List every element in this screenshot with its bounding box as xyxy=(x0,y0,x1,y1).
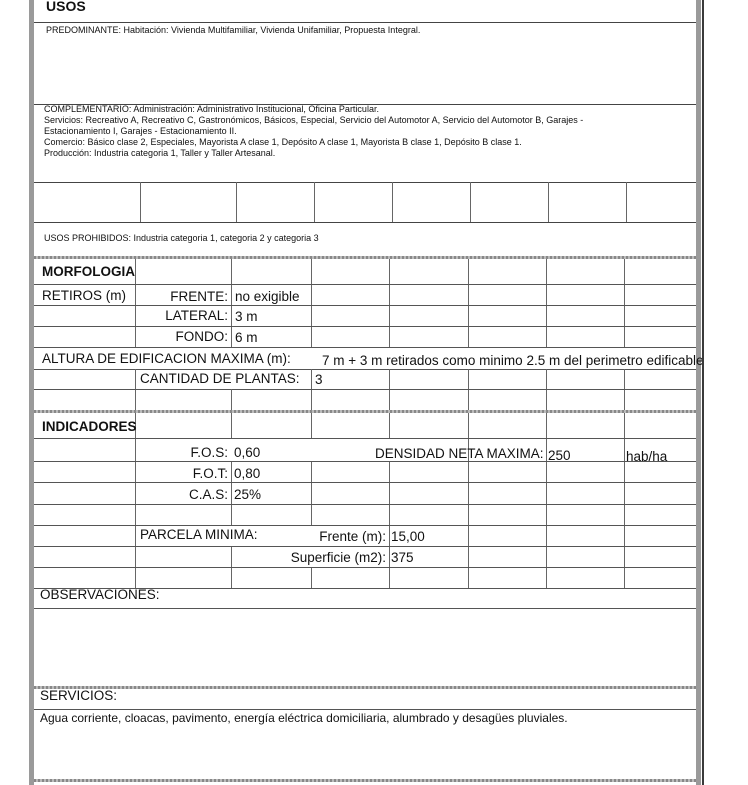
cas-label: C.A.S: xyxy=(135,487,228,502)
complementario-line: COMPLEMENTARIO: Administración: Administ… xyxy=(44,104,583,115)
densidad-value: 250 xyxy=(548,448,571,463)
altura-label: ALTURA DE EDIFICACION MAXIMA (m): xyxy=(42,351,291,366)
observaciones-field xyxy=(40,612,690,684)
parcela-label: PARCELA MINIMA: xyxy=(140,527,258,542)
parcela-frente-value: 15,00 xyxy=(391,529,425,544)
morfologia-title: MORFOLOGIA xyxy=(42,264,135,279)
retiros-label: RETIROS (m) xyxy=(42,288,126,303)
parcela-superficie-label: Superficie (m2): xyxy=(264,550,386,565)
densidad-label: DENSIDAD NETA MAXIMA: xyxy=(375,446,544,461)
zoning-form-sheet: USOS PREDOMINANTE: Habitación: Vivienda … xyxy=(29,0,701,785)
servicios-title: SERVICIOS: xyxy=(40,688,117,703)
fos-label: F.O.S: xyxy=(135,445,228,460)
frente-value: no exigible xyxy=(235,289,300,304)
complementario-line: Comercio: Básico clase 2, Especiales, Ma… xyxy=(44,137,583,148)
fondo-label: FONDO: xyxy=(135,329,228,344)
fot-label: F.O.T: xyxy=(135,466,228,481)
lateral-label: LATERAL: xyxy=(135,308,228,323)
plantas-label: CANTIDAD DE PLANTAS: xyxy=(140,371,300,386)
indicadores-title: INDICADORES xyxy=(42,419,137,434)
usos-title: USOS xyxy=(46,0,86,14)
parcela-superficie-value: 375 xyxy=(391,550,414,565)
usos-prohibidos: USOS PROHIBIDOS: Industria categoria 1, … xyxy=(44,233,319,244)
densidad-unit: hab/ha xyxy=(626,449,667,464)
cas-value: 25% xyxy=(234,487,261,502)
fondo-value: 6 m xyxy=(235,330,258,345)
lateral-value: 3 m xyxy=(235,309,258,324)
usos-complementario: COMPLEMENTARIO: Administración: Administ… xyxy=(44,104,583,159)
plantas-value: 3 xyxy=(315,372,323,387)
parcela-frente-label: Frente (m): xyxy=(294,529,386,544)
frente-label: FRENTE: xyxy=(135,289,228,304)
complementario-line: Producción: Industria categoria 1, Talle… xyxy=(44,148,583,159)
complementario-line: Servicios: Recreativo A, Recreativo C, G… xyxy=(44,115,583,126)
fos-value: 0,60 xyxy=(234,445,260,460)
complementario-line: Estacionamiento I, Garajes - Estacionami… xyxy=(44,126,583,137)
fot-value: 0,80 xyxy=(234,466,260,481)
usos-predominante: PREDOMINANTE: Habitación: Vivienda Multi… xyxy=(46,25,420,36)
observaciones-title: OBSERVACIONES: xyxy=(40,587,160,602)
servicios-text: Agua corriente, cloacas, pavimento, ener… xyxy=(40,711,568,725)
altura-value: 7 m + 3 m retirados como minimo 2.5 m de… xyxy=(322,353,704,368)
